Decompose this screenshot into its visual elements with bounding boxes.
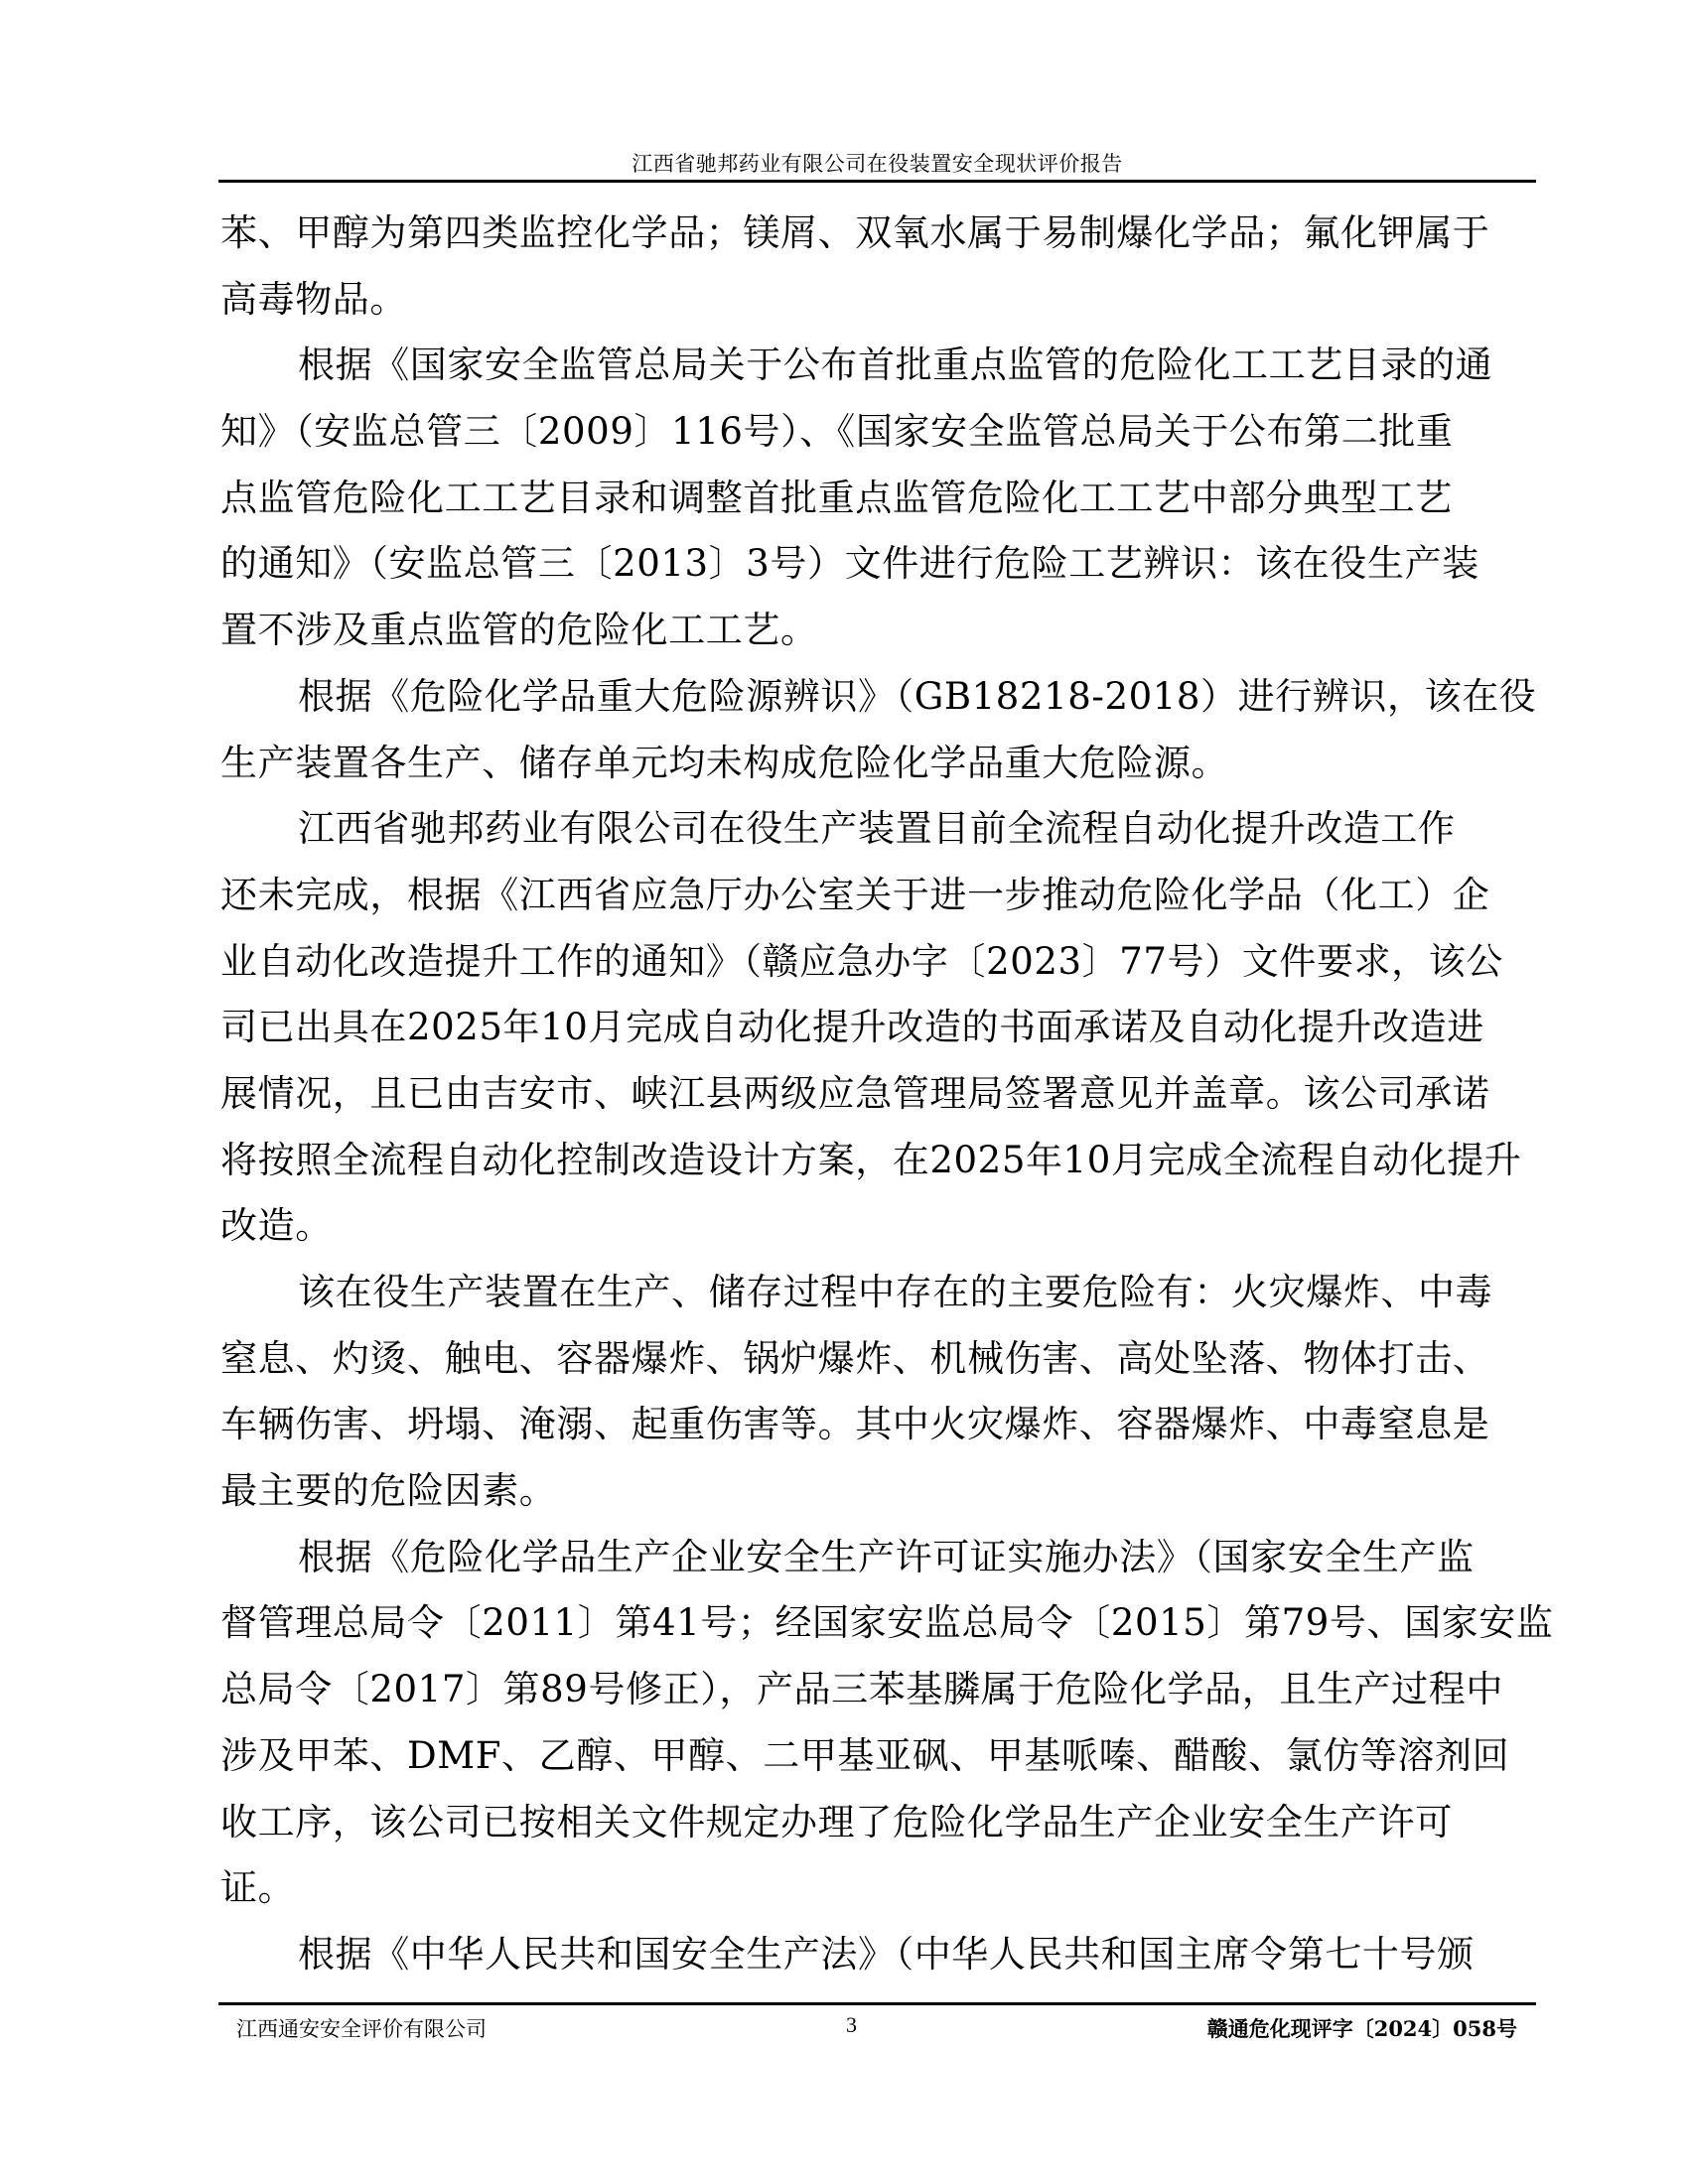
text-line: 将按照全流程自动化控制改造设计方案，在2025年10月完成全流程自动化提升 — [220, 1128, 1541, 1194]
text-line: 展情况，且已由吉安市、峡江县两级应急管理局签署意见并盖章。该公司承诺 — [220, 1061, 1541, 1128]
text-line: 根据《危险化学品重大危险源辨识》（GB18218-2018）进行辨识，该在役 — [220, 664, 1541, 731]
footer-rule — [218, 2002, 1536, 2005]
text-line: 置不涉及重点监管的危险化工工艺。 — [220, 598, 1541, 664]
footer-document-number: 赣通危化现评字〔2024〕058号 — [1207, 2015, 1517, 2043]
text-line: 车辆伤害、坍塌、淹溺、起重伤害等。其中火灾爆炸、容器爆炸、中毒窒息是 — [220, 1392, 1541, 1458]
text-line: 生产装置各生产、储存单元均未构成危险化学品重大危险源。 — [220, 731, 1541, 797]
text-line: 知》（安监总管三〔2009〕116号）、《国家安全监管总局关于公布第二批重 — [220, 399, 1541, 466]
text-line: 司已出具在2025年10月完成自动化提升改造的书面承诺及自动化提升改造进 — [220, 995, 1541, 1061]
text-line: 高毒物品。 — [220, 267, 1541, 334]
paragraph-hazardous-process: 根据《国家安全监管总局关于公布首批重点监管的危险化工工艺目录的通 知》（安监总管… — [220, 333, 1541, 663]
body-text: 苯、甲醇为第四类监控化学品；镁屑、双氧水属于易制爆化学品；氟化钾属于 高毒物品。… — [220, 201, 1541, 1988]
text-line: 改造。 — [220, 1193, 1541, 1260]
text-line: 业自动化改造提升工作的通知》（赣应急办字〔2023〕77号）文件要求，该公 — [220, 929, 1541, 996]
text-line: 总局令〔2017〕第89号修正），产品三苯基膦属于危险化学品，且生产过程中 — [220, 1657, 1541, 1723]
text-line: 苯、甲醇为第四类监控化学品；镁屑、双氧水属于易制爆化学品；氟化钾属于 — [220, 201, 1541, 267]
paragraph-main-hazards: 该在役生产装置在生产、储存过程中存在的主要危险有：火灾爆炸、中毒 窒息、灼烫、触… — [220, 1260, 1541, 1525]
text-line: 还未完成，根据《江西省应急厅办公室关于进一步推动危险化学品（化工）企 — [220, 863, 1541, 929]
text-line: 点监管危险化工工艺目录和调整首批重点监管危险化工工艺中部分典型工艺 — [220, 466, 1541, 532]
text-line: 收工序，该公司已按相关文件规定办理了危险化学品生产企业安全生产许可 — [220, 1790, 1541, 1856]
paragraph-automation-upgrade: 江西省驰邦药业有限公司在役生产装置目前全流程自动化提升改造工作 还未完成，根据《… — [220, 796, 1541, 1260]
text-line: 该在役生产装置在生产、储存过程中存在的主要危险有：火灾爆炸、中毒 — [220, 1260, 1541, 1326]
text-line: 根据《国家安全监管总局关于公布首批重点监管的危险化工工艺目录的通 — [220, 333, 1541, 399]
paragraph-major-hazard-source: 根据《危险化学品重大危险源辨识》（GB18218-2018）进行辨识，该在役 生… — [220, 664, 1541, 796]
text-line: 证。 — [220, 1855, 1541, 1922]
header-rule — [218, 180, 1536, 183]
paragraph-safety-law: 根据《中华人民共和国安全生产法》（中华人民共和国主席令第七十号颁 — [220, 1922, 1541, 1988]
footer-company-name: 江西通安安全评价有限公司 — [236, 2015, 487, 2043]
text-line: 督管理总局令〔2011〕第41号；经国家安监总局令〔2015〕第79号、国家安监 — [220, 1590, 1541, 1657]
running-header-title: 江西省驰邦药业有限公司在役装置安全现状评价报告 — [218, 149, 1536, 179]
text-line: 根据《危险化学品生产企业安全生产许可证实施办法》（国家安全生产监 — [220, 1525, 1541, 1591]
text-line: 江西省驰邦药业有限公司在役生产装置目前全流程自动化提升改造工作 — [220, 796, 1541, 863]
paragraph-controlled-chemicals: 苯、甲醇为第四类监控化学品；镁屑、双氧水属于易制爆化学品；氟化钾属于 高毒物品。 — [220, 201, 1541, 333]
text-line: 的通知》（安监总管三〔2013〕3号）文件进行危险工艺辨识：该在役生产装 — [220, 531, 1541, 598]
text-line: 最主要的危险因素。 — [220, 1458, 1541, 1525]
text-line: 根据《中华人民共和国安全生产法》（中华人民共和国主席令第七十号颁 — [220, 1922, 1541, 1988]
text-line: 窒息、灼烫、触电、容器爆炸、锅炉爆炸、机械伤害、高处坠落、物体打击、 — [220, 1326, 1541, 1393]
text-line: 涉及甲苯、DMF、乙醇、甲醇、二甲基亚砜、甲基哌嗪、醋酸、氯仿等溶剂回 — [220, 1723, 1541, 1790]
page-number: 3 — [846, 2011, 857, 2039]
paragraph-production-license: 根据《危险化学品生产企业安全生产许可证实施办法》（国家安全生产监 督管理总局令〔… — [220, 1525, 1541, 1922]
